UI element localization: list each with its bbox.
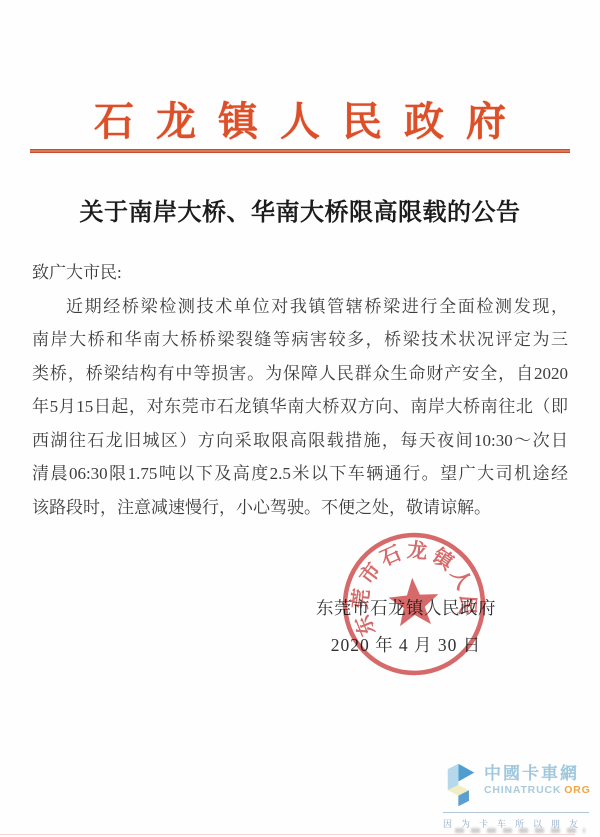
scanned-notice-page: 石龙镇人民政府 关于南岸大桥、华南大桥限高限载的公告 致广大市民: 近期经桥梁检… bbox=[0, 0, 600, 837]
body-line: 年5月15日起，对东莞市石龙镇华南大桥双方向、南岸大桥南往北（即 bbox=[32, 390, 568, 424]
watermark-en-tld: ORG bbox=[564, 784, 590, 796]
letterhead-divider bbox=[30, 149, 570, 153]
body-line: 西湖往石龙旧城区）方向采取限高限载措施，每天夜间10:30～次日 bbox=[32, 424, 568, 458]
body-line: 类桥，桥梁结构有中等损害。为保障人民群众生命财产安全，自2020 bbox=[32, 357, 568, 391]
notice-body: 致广大市民: 近期经桥梁检测技术单位对我镇管辖桥梁进行全面检测发现， 南岸大桥和… bbox=[32, 256, 568, 524]
salutation: 致广大市民: bbox=[32, 256, 568, 290]
watermark-site-name-cn: 中國卡車網 bbox=[484, 764, 591, 784]
body-line: 南岸大桥和华南大桥桥梁裂缝等病害较多，桥梁技术状况评定为三 bbox=[32, 323, 568, 357]
scan-artifact-smudge bbox=[455, 828, 585, 833]
notice-title: 关于南岸大桥、华南大桥限高限载的公告 bbox=[0, 192, 600, 227]
scan-artifact-line bbox=[0, 834, 575, 835]
watermark-site-name-en: CHINATRUCKORG bbox=[484, 784, 591, 797]
letterhead-title: 石龙镇人民政府 bbox=[0, 90, 600, 147]
body-line: 近期经桥梁检测技术单位对我镇管辖桥梁进行全面检测发现， bbox=[32, 290, 568, 324]
chinatruck-logo-icon bbox=[443, 762, 479, 808]
watermark-en-name: CHINATRUCK bbox=[484, 784, 561, 796]
official-seal-stamp: 东莞市石龙镇人民政府 bbox=[333, 523, 495, 685]
watermark-divider bbox=[443, 812, 589, 813]
chinatruck-watermark: 中國卡車網 CHINATRUCKORG 因为卡车所以朋友 bbox=[443, 762, 593, 830]
body-line: 清晨06:30限1.75吨以下及高度2.5米以下车辆通行。望广大司机途经 bbox=[32, 457, 568, 491]
seal-star-icon bbox=[387, 576, 440, 627]
body-line: 该路段时，注意减速慢行，小心驾驶。不便之处，敬请谅解。 bbox=[32, 491, 568, 525]
seal-text: 东莞市石龙镇人民政府 bbox=[333, 523, 482, 642]
